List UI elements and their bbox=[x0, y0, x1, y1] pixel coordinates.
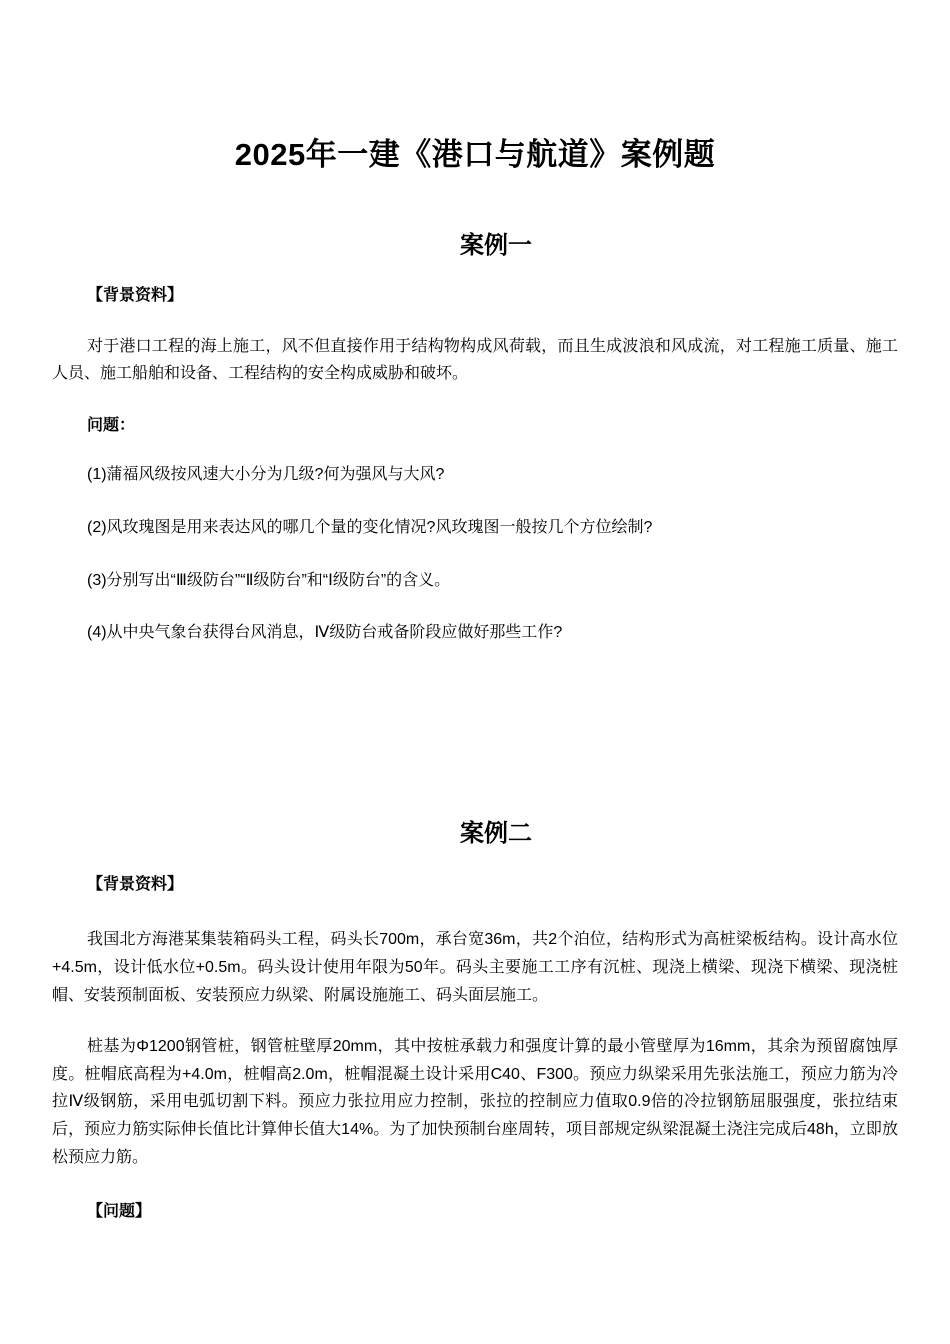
document-page: 2025年一建《港口与航道》案例题 案例一 【背景资料】 对于港口工程的海上施工… bbox=[0, 0, 950, 1344]
case-2-background-paragraph-2: 桩基为Φ1200钢管桩，钢管桩壁厚20mm，其中按桩承载力和强度计算的最小管壁厚… bbox=[52, 1033, 898, 1171]
case-2-questions-label: 【问题】 bbox=[52, 1198, 898, 1226]
case-1-section: 案例一 【背景资料】 对于港口工程的海上施工，风不但直接作用于结构物构成风荷载，… bbox=[52, 230, 898, 647]
case-1-question-4: (4)从中央气象台获得台风消息，Ⅳ级防台戒备阶段应做好那些工作? bbox=[52, 619, 898, 647]
document-title: 2025年一建《港口与航道》案例题 bbox=[52, 134, 898, 176]
case-1-question-1: (1)蒲福风级按风速大小分为几级?何为强风与大风? bbox=[52, 461, 898, 489]
case-1-heading: 案例一 bbox=[52, 230, 898, 262]
case-1-questions-label: 问题： bbox=[52, 412, 898, 440]
case-2-section: 案例二 【背景资料】 我国北方海港某集装箱码头工程，码头长700m，承台宽36m… bbox=[52, 818, 898, 1226]
case-1-question-2: (2)风玫瑰图是用来表达风的哪几个量的变化情况?风玫瑰图一般按几个方位绘制? bbox=[52, 514, 898, 542]
case-1-background-paragraph: 对于港口工程的海上施工，风不但直接作用于结构物构成风荷载，而且生成波浪和风成流，… bbox=[52, 333, 898, 388]
case-2-background-label: 【背景资料】 bbox=[52, 871, 898, 899]
case-2-background-paragraph-1: 我国北方海港某集装箱码头工程，码头长700m，承台宽36m，共2个泊位，结构形式… bbox=[52, 926, 898, 1009]
case-2-heading: 案例二 bbox=[52, 818, 898, 850]
case-1-background-label: 【背景资料】 bbox=[52, 282, 898, 310]
case-1-question-3: (3)分别写出“Ⅲ级防台”“Ⅱ级防台”和“Ⅰ级防台”的含义。 bbox=[52, 567, 898, 595]
